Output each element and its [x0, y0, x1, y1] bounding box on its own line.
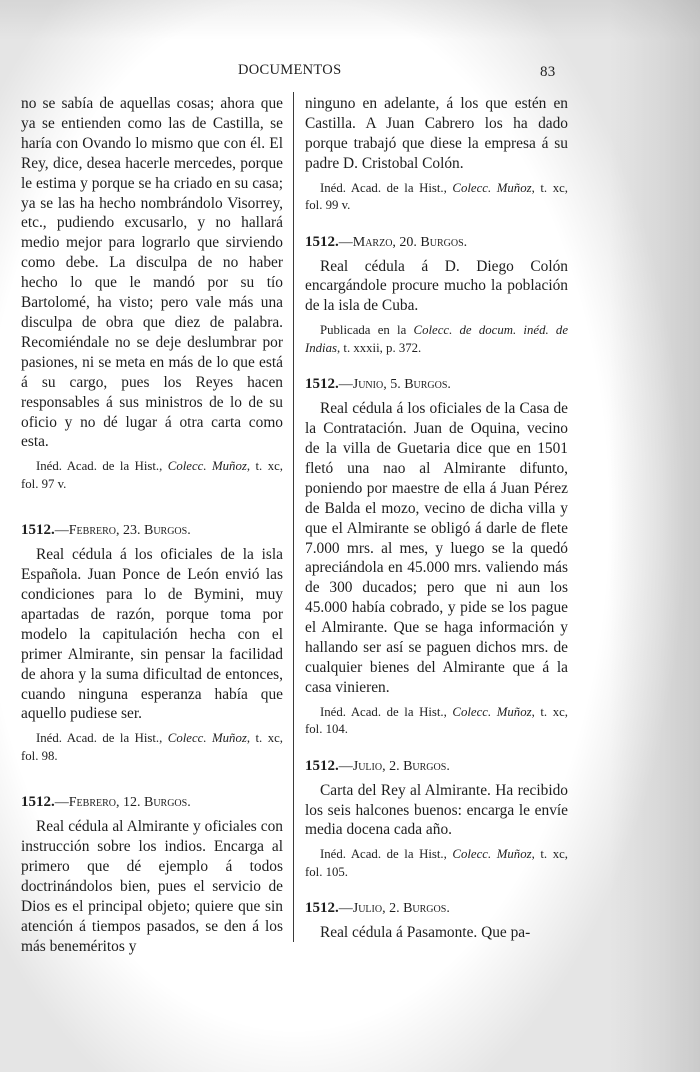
running-title: DOCUMENTOS	[238, 62, 341, 79]
entry-heading: 1512.—Julio, 2. Burgos.	[305, 757, 568, 777]
citation: Inéd. Acad. de la Hist., Colecc. Muñoz, …	[21, 458, 283, 493]
right-column: ninguno en adelante, á los que estén en …	[305, 94, 568, 943]
citation: Inéd. Acad. de la Hist., Colecc. Muñoz, …	[305, 846, 568, 881]
entry-heading: 1512.—Junio, 5. Burgos.	[305, 375, 568, 395]
document-entry: 1512.—Febrero, 12. Burgos. Real cédula a…	[21, 793, 283, 956]
left-column: no se sabía de aquellas cosas; ahora que…	[21, 94, 283, 957]
document-entry: 1512.—Junio, 5. Burgos. Real cédula á lo…	[305, 375, 568, 739]
entry-heading: 1512.—Marzo, 20. Burgos.	[305, 233, 568, 253]
entry-summary: Real cédula á los oficiales de la isla E…	[21, 545, 283, 724]
citation: Inéd. Acad. de la Hist., Colecc. Muñoz, …	[305, 704, 568, 739]
citation: Inéd. Acad. de la Hist., Colecc. Muñoz, …	[21, 730, 283, 765]
document-entry: 1512.—Marzo, 20. Burgos. Real cédula á D…	[305, 233, 568, 358]
entry-summary: Carta del Rey al Almirante. Ha recibido …	[305, 781, 568, 841]
document-entry: 1512.—Julio, 2. Burgos. Carta del Rey al…	[305, 757, 568, 882]
continued-paragraph: no se sabía de aquellas cosas; ahora que…	[21, 94, 283, 452]
column-divider	[293, 92, 294, 942]
entry-summary: Real cédula á los oficiales de la Casa d…	[305, 399, 568, 698]
entry-summary: Real cédula á Pasamonte. Que pa-	[305, 923, 568, 943]
entry-summary: Real cédula á D. Diego Colón encargándol…	[305, 257, 568, 317]
citation: Publicada en la Colecc. de docum. inéd. …	[305, 322, 568, 357]
entry-heading: 1512.—Julio, 2. Burgos.	[305, 899, 568, 919]
entry-summary: Real cédula al Almirante y oficiales con…	[21, 817, 283, 956]
citation: Inéd. Acad. de la Hist., Colecc. Muñoz, …	[305, 180, 568, 215]
entry-heading: 1512.—Febrero, 12. Burgos.	[21, 793, 283, 813]
page-number: 83	[540, 64, 556, 81]
document-entry: 1512.—Julio, 2. Burgos. Real cédula á Pa…	[305, 899, 568, 943]
entry-heading: 1512.—Febrero, 23. Burgos.	[21, 521, 283, 541]
document-entry: 1512.—Febrero, 23. Burgos. Real cédula á…	[21, 521, 283, 765]
continued-paragraph: ninguno en adelante, á los que estén en …	[305, 94, 568, 174]
